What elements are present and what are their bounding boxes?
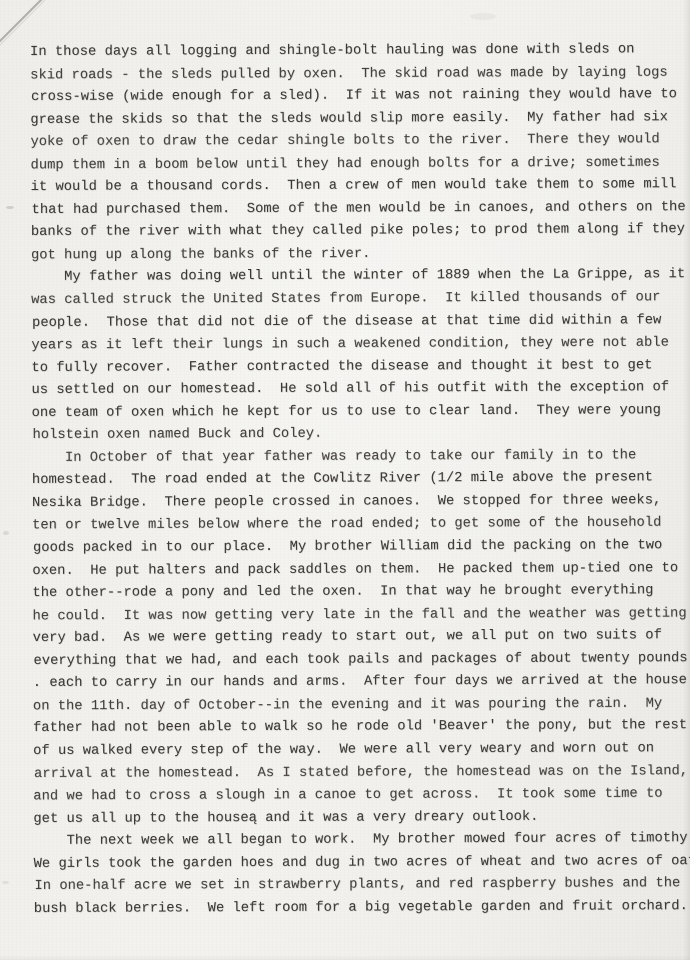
text-line: goods packed in to our place. My brother… [33, 535, 690, 560]
text-line: us settled on our homestead. He sold all… [31, 377, 690, 402]
text-line: holstein oxen named Buck and Coley. [32, 422, 690, 447]
text-line: and we had to cross a slough in a canoe … [33, 784, 690, 809]
text-line: oxen. He put halters and pack saddles on… [32, 558, 690, 583]
text-line: yoke of oxen to draw the cedar shingle b… [30, 129, 690, 154]
text-line: to fully recover. Father contracted the … [31, 355, 690, 380]
text-line: banks of the river with what they called… [31, 219, 690, 244]
text-line: father had not been able to walk so he r… [33, 716, 690, 741]
text-line: on the 11th. day of October--in the even… [33, 693, 690, 718]
text-line: In those days all logging and shingle-bo… [30, 39, 690, 64]
text-line: cross-wise (wide enough for a sled). If … [31, 84, 690, 109]
text-line: grease the skids so that the sleds would… [30, 107, 690, 132]
scan-smudge [470, 13, 496, 20]
text-line: very bad. As we were getting ready to st… [33, 625, 690, 650]
scan-smudge [3, 531, 9, 535]
text-line: was called struck the United States from… [31, 287, 690, 312]
text-line: it would be a thousand cords. Then a cre… [31, 174, 690, 199]
text-line: get us all up to the houseą and it was a… [33, 806, 690, 831]
text-line: years as it left their lungs in such a w… [31, 333, 690, 358]
text-line: that had purchased them. Some of the men… [31, 197, 690, 222]
scanned-page: In those days all logging and shingle-bo… [0, 0, 690, 960]
text-line: of us walked every step of the way. We w… [33, 738, 690, 763]
text-line: We girls took the garden hoes and dug in… [34, 851, 690, 876]
text-line: Nesika Bridge. There people crossed in c… [32, 490, 690, 515]
typewritten-text-block: In those days all logging and shingle-bo… [30, 39, 690, 921]
text-line: In one-half acre we set in strawberry pl… [34, 873, 690, 898]
text-line: The next week we all began to work. My b… [33, 828, 690, 853]
text-line: dump them in a boom below until they had… [30, 152, 690, 177]
text-line: My father was doing well until the winte… [31, 265, 690, 290]
text-line: he could. It was now getting very late i… [32, 603, 690, 628]
text-line: everything that we had, and each took pa… [33, 648, 690, 673]
text-line: . each to carry in our hands and arms. A… [33, 670, 690, 695]
scan-smudge [6, 206, 14, 209]
text-line: the other--rode a pony and led the oxen.… [32, 580, 690, 605]
text-line: arrival at the homestead. As I stated be… [34, 761, 690, 786]
text-line: people. Those that did not die of the di… [32, 310, 690, 335]
text-line: one team of oxen which he kept for us to… [32, 400, 690, 425]
scan-smudge [2, 881, 9, 884]
text-line: bush black berries. We left room for a b… [34, 896, 690, 921]
text-line: homestead. The road ended at the Cowlitz… [32, 467, 690, 492]
text-line: got hung up along the banks of the river… [31, 242, 690, 267]
text-line: In October of that year father was ready… [32, 445, 690, 470]
scan-edge-shadow-bottom [0, 955, 690, 960]
